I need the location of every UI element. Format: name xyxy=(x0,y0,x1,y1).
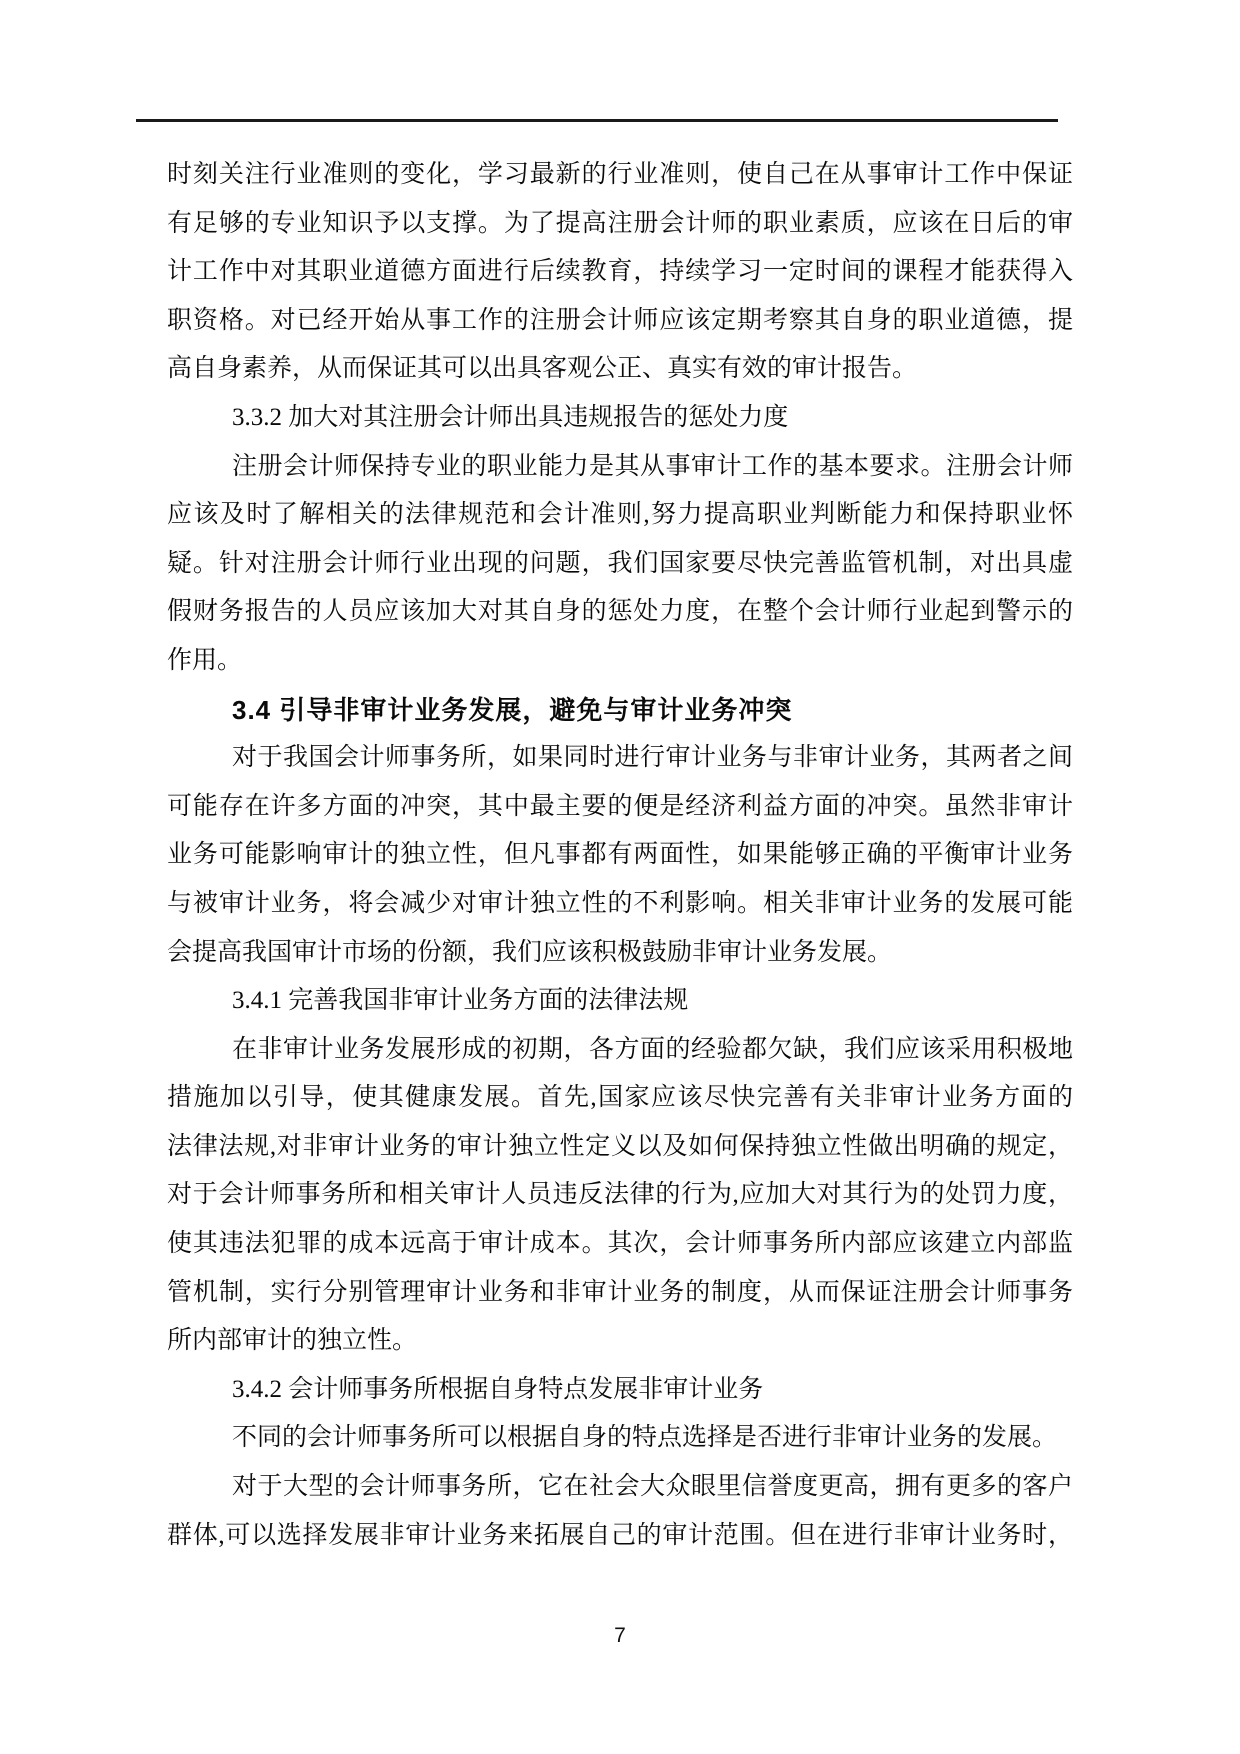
page-number: 7 xyxy=(614,1624,626,1647)
text-line: 时刻关注行业准则的变化，学习最新的行业准则，使自己在从事审计工作中保证 xyxy=(167,151,1073,200)
paragraph: 对于我国会计师事务所，如果同时进行审计业务与非审计业务，其两者之间可能存在许多方… xyxy=(167,734,1073,977)
document-body: 时刻关注行业准则的变化，学习最新的行业准则，使自己在从事审计工作中保证有足够的专… xyxy=(167,151,1073,1560)
text-line: 假财务报告的人员应该加大对其自身的惩处力度，在整个会计师行业起到警示的 xyxy=(167,588,1073,637)
paragraph: 注册会计师保持专业的职业能力是其从事审计工作的基本要求。注册会计师应该及时了解相… xyxy=(167,443,1073,686)
text-line: 有足够的专业知识予以支撑。为了提高注册会计师的职业素质，应该在日后的审 xyxy=(167,200,1073,249)
text-line: 对于大型的会计师事务所，它在社会大众眼里信誉度更高，拥有更多的客户 xyxy=(167,1463,1073,1512)
header-rule xyxy=(136,119,1058,122)
text-line: 措施加以引导，使其健康发展。首先,国家应该尽快完善有关非审计业务方面的 xyxy=(167,1074,1073,1123)
text-line: 在非审计业务发展形成的初期，各方面的经验都欠缺，我们应该采用积极地 xyxy=(167,1026,1073,1075)
paragraph: 不同的会计师事务所可以根据自身的特点选择是否进行非审计业务的发展。 xyxy=(167,1414,1073,1463)
text-line: 法律法规,对非审计业务的审计独立性定义以及如何保持独立性做出明确的规定， xyxy=(167,1123,1073,1172)
paragraph: 时刻关注行业准则的变化，学习最新的行业准则，使自己在从事审计工作中保证有足够的专… xyxy=(167,151,1073,394)
section-heading: 3.4 引导非审计业务发展，避免与审计业务冲突 xyxy=(167,686,1073,735)
text-line: 疑。针对注册会计师行业出现的问题，我们国家要尽快完善监管机制，对出具虚 xyxy=(167,540,1073,589)
text-line: 3.3.2 加大对其注册会计师出具违规报告的惩处力度 xyxy=(167,394,1073,443)
text-line: 可能存在许多方面的冲突，其中最主要的便是经济利益方面的冲突。虽然非审计 xyxy=(167,783,1073,832)
text-line: 与被审计业务，将会减少对审计独立性的不利影响。相关非审计业务的发展可能 xyxy=(167,880,1073,929)
text-line: 计工作中对其职业道德方面进行后续教育，持续学习一定时间的课程才能获得入 xyxy=(167,248,1073,297)
text-line: 高自身素养，从而保证其可以出具客观公正、真实有效的审计报告。 xyxy=(167,345,1073,394)
text-line: 不同的会计师事务所可以根据自身的特点选择是否进行非审计业务的发展。 xyxy=(167,1414,1073,1463)
text-line: 群体,可以选择发展非审计业务来拓展自己的审计范围。但在进行非审计业务时， xyxy=(167,1512,1073,1561)
text-line: 使其违法犯罪的成本远高于审计成本。其次，会计师事务所内部应该建立内部监 xyxy=(167,1220,1073,1269)
text-line: 会提高我国审计市场的份额，我们应该积极鼓励非审计业务发展。 xyxy=(167,929,1073,978)
text-line: 职资格。对已经开始从事工作的注册会计师应该定期考察其自身的职业道德，提 xyxy=(167,297,1073,346)
document-page: 时刻关注行业准则的变化，学习最新的行业准则，使自己在从事审计工作中保证有足够的专… xyxy=(0,0,1240,1754)
paragraph: 对于大型的会计师事务所，它在社会大众眼里信誉度更高，拥有更多的客户群体,可以选择… xyxy=(167,1463,1073,1560)
text-line: 作用。 xyxy=(167,637,1073,686)
subsection-heading: 3.4.2 会计师事务所根据自身特点发展非审计业务 xyxy=(167,1366,1073,1415)
text-line: 对于我国会计师事务所，如果同时进行审计业务与非审计业务，其两者之间 xyxy=(167,734,1073,783)
subsection-heading: 3.3.2 加大对其注册会计师出具违规报告的惩处力度 xyxy=(167,394,1073,443)
paragraph: 在非审计业务发展形成的初期，各方面的经验都欠缺，我们应该采用积极地措施加以引导，… xyxy=(167,1026,1073,1366)
text-line: 业务可能影响审计的独立性，但凡事都有两面性，如果能够正确的平衡审计业务 xyxy=(167,831,1073,880)
text-line: 注册会计师保持专业的职业能力是其从事审计工作的基本要求。注册会计师 xyxy=(167,443,1073,492)
text-line: 3.4 引导非审计业务发展，避免与审计业务冲突 xyxy=(167,686,1073,735)
page-footer: 7 xyxy=(0,1622,1240,1650)
text-line: 对于会计师事务所和相关审计人员违反法律的行为,应加大对其行为的处罚力度， xyxy=(167,1171,1073,1220)
text-line: 3.4.1 完善我国非审计业务方面的法律法规 xyxy=(167,977,1073,1026)
text-line: 管机制，实行分别管理审计业务和非审计业务的制度，从而保证注册会计师事务 xyxy=(167,1269,1073,1318)
text-line: 所内部审计的独立性。 xyxy=(167,1317,1073,1366)
text-line: 应该及时了解相关的法律规范和会计准则,努力提高职业判断能力和保持职业怀 xyxy=(167,491,1073,540)
subsection-heading: 3.4.1 完善我国非审计业务方面的法律法规 xyxy=(167,977,1073,1026)
text-line: 3.4.2 会计师事务所根据自身特点发展非审计业务 xyxy=(167,1366,1073,1415)
